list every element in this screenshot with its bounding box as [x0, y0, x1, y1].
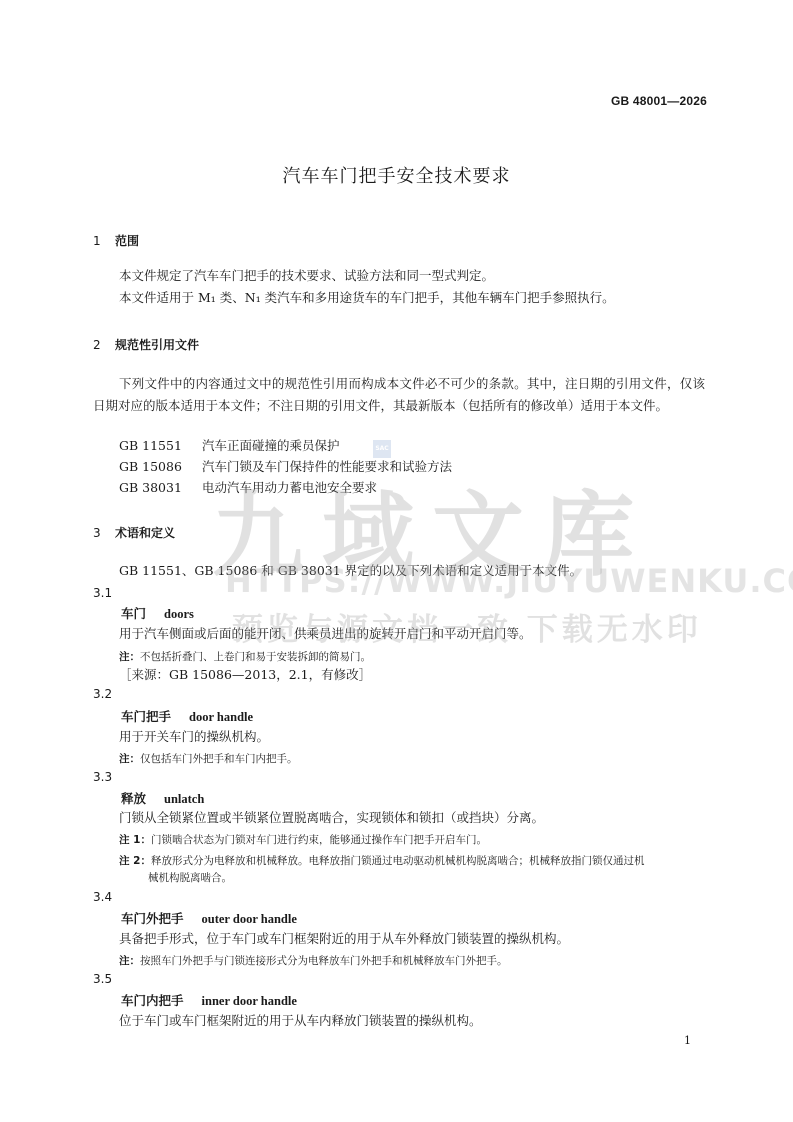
note-text: 仅包括车门外把手和车门内把手。: [140, 753, 298, 765]
note-text: 释放形式分为电释放和机械释放。电释放指门锁通过电动驱动机械机构脱离啮合；机械释放…: [151, 855, 645, 867]
reference-code: GB 15086: [119, 457, 202, 477]
term-entry: 车门把手door handle: [121, 707, 253, 725]
section-title: 范围: [115, 234, 139, 248]
note-text: 按照车门外把手与门锁连接形式分为电释放车门外把手和机械释放车门外把手。: [140, 955, 508, 967]
term-note: 注 1：门锁啮合状态为门锁对车门进行约束，能够通过操作车门把手开启车门。: [119, 832, 487, 847]
term-definition: 具备把手形式，位于车门或车门框架附近的用于从车外释放门锁装置的操纵机构。: [119, 929, 569, 949]
term-zh: 车门外把手: [121, 911, 184, 926]
standard-number: GB 48001—2026: [611, 94, 707, 108]
term-number: 3.5: [93, 972, 112, 986]
reference-code: GB 38031: [119, 478, 202, 498]
section-title: 术语和定义: [115, 526, 175, 540]
paragraph: 本文件规定了汽车车门把手的技术要求、试验方法和同一型式判定。: [119, 266, 494, 286]
term-note: 注：仅包括车门外把手和车门内把手。: [119, 751, 298, 766]
reference-title: 电动汽车用动力蓄电池安全要求: [202, 480, 377, 495]
note-label: 注：: [119, 651, 140, 663]
term-source: ［来源：GB 15086—2013，2.1，有修改］: [119, 665, 371, 685]
term-entry: 车门内把手inner door handle: [121, 991, 297, 1009]
document-title: 汽车车门把手安全技术要求: [0, 162, 793, 188]
reference-code: GB 11551: [119, 436, 202, 456]
section-number: 2: [93, 338, 115, 352]
note-label: 注：: [119, 753, 140, 765]
reference-item: GB 15086汽车门锁及车门保持件的性能要求和试验方法: [119, 457, 452, 477]
section-title: 规范性引用文件: [115, 338, 199, 352]
term-zh: 车门把手: [121, 709, 171, 724]
term-entry: 车门doors: [121, 604, 194, 622]
term-en: outer door handle: [202, 912, 297, 926]
term-zh: 释放: [121, 791, 146, 806]
reference-title: 汽车正面碰撞的乘员保护: [202, 438, 340, 453]
paragraph: 本文件适用于 M₁ 类、N₁ 类汽车和多用途货车的车门把手，其他车辆车门把手参照…: [119, 288, 615, 308]
term-number: 3.4: [93, 890, 112, 904]
term-zh: 车门内把手: [121, 993, 184, 1008]
section-number: 1: [93, 234, 115, 248]
section-number: 3: [93, 526, 115, 540]
reference-item: GB 38031电动汽车用动力蓄电池安全要求: [119, 478, 377, 498]
paragraph: 下列文件中的内容通过文中的规范性引用而构成本文件必不可少的条款。其中，注日期的引…: [93, 373, 705, 416]
term-definition: 门锁从全锁紧位置或半锁紧位置脱离啮合，实现锁体和锁扣（或挡块）分离。: [119, 808, 544, 828]
term-definition: 用于开关车门的操纵机构。: [119, 727, 269, 747]
document-page: GB 48001—2026 汽车车门把手安全技术要求 1范围 本文件规定了汽车车…: [0, 0, 793, 1122]
section-1-heading: 1范围: [93, 232, 139, 249]
note-label: 注 1：: [119, 834, 151, 846]
term-definition: 位于车门或车门框架附近的用于从车内释放门锁装置的操纵机构。: [119, 1011, 482, 1031]
sac-logo-icon: SAC: [373, 440, 391, 458]
term-number: 3.3: [93, 770, 112, 784]
term-number: 3.1: [93, 586, 112, 600]
term-note: 注：不包括折叠门、上卷门和易于安装拆卸的简易门。: [119, 649, 371, 664]
term-en: unlatch: [164, 792, 204, 806]
term-definition: 用于汽车侧面或后面的能开闭、供乘员进出的旋转开启门和平动开启门等。: [119, 624, 532, 644]
term-zh: 车门: [121, 606, 146, 621]
note-label: 注：: [119, 955, 140, 967]
paragraph: GB 11551、GB 15086 和 GB 38031 界定的以及下列术语和定…: [119, 561, 582, 581]
term-number: 3.2: [93, 687, 112, 701]
term-en: doors: [164, 607, 194, 621]
section-3-heading: 3术语和定义: [93, 524, 175, 541]
term-entry: 释放unlatch: [121, 789, 204, 807]
term-note: 注：按照车门外把手与门锁连接形式分为电释放车门外把手和机械释放车门外把手。: [119, 953, 508, 968]
page-number: 1: [684, 1034, 691, 1047]
term-en: door handle: [189, 710, 253, 724]
section-2-heading: 2规范性引用文件: [93, 336, 199, 353]
note-label: 注 2：: [119, 855, 151, 867]
term-entry: 车门外把手outer door handle: [121, 909, 297, 927]
note-text: 不包括折叠门、上卷门和易于安装拆卸的简易门。: [140, 651, 371, 663]
reference-item: GB 11551汽车正面碰撞的乘员保护: [119, 436, 340, 456]
term-note: 注 2：释放形式分为电释放和机械释放。电释放指门锁通过电动驱动机械机构脱离啮合；…: [119, 853, 644, 868]
reference-title: 汽车门锁及车门保持件的性能要求和试验方法: [202, 459, 452, 474]
note-continuation: 械机构脱离啮合。: [148, 870, 232, 885]
term-en: inner door handle: [202, 994, 297, 1008]
note-text: 门锁啮合状态为门锁对车门进行约束，能够通过操作车门把手开启车门。: [151, 834, 487, 846]
